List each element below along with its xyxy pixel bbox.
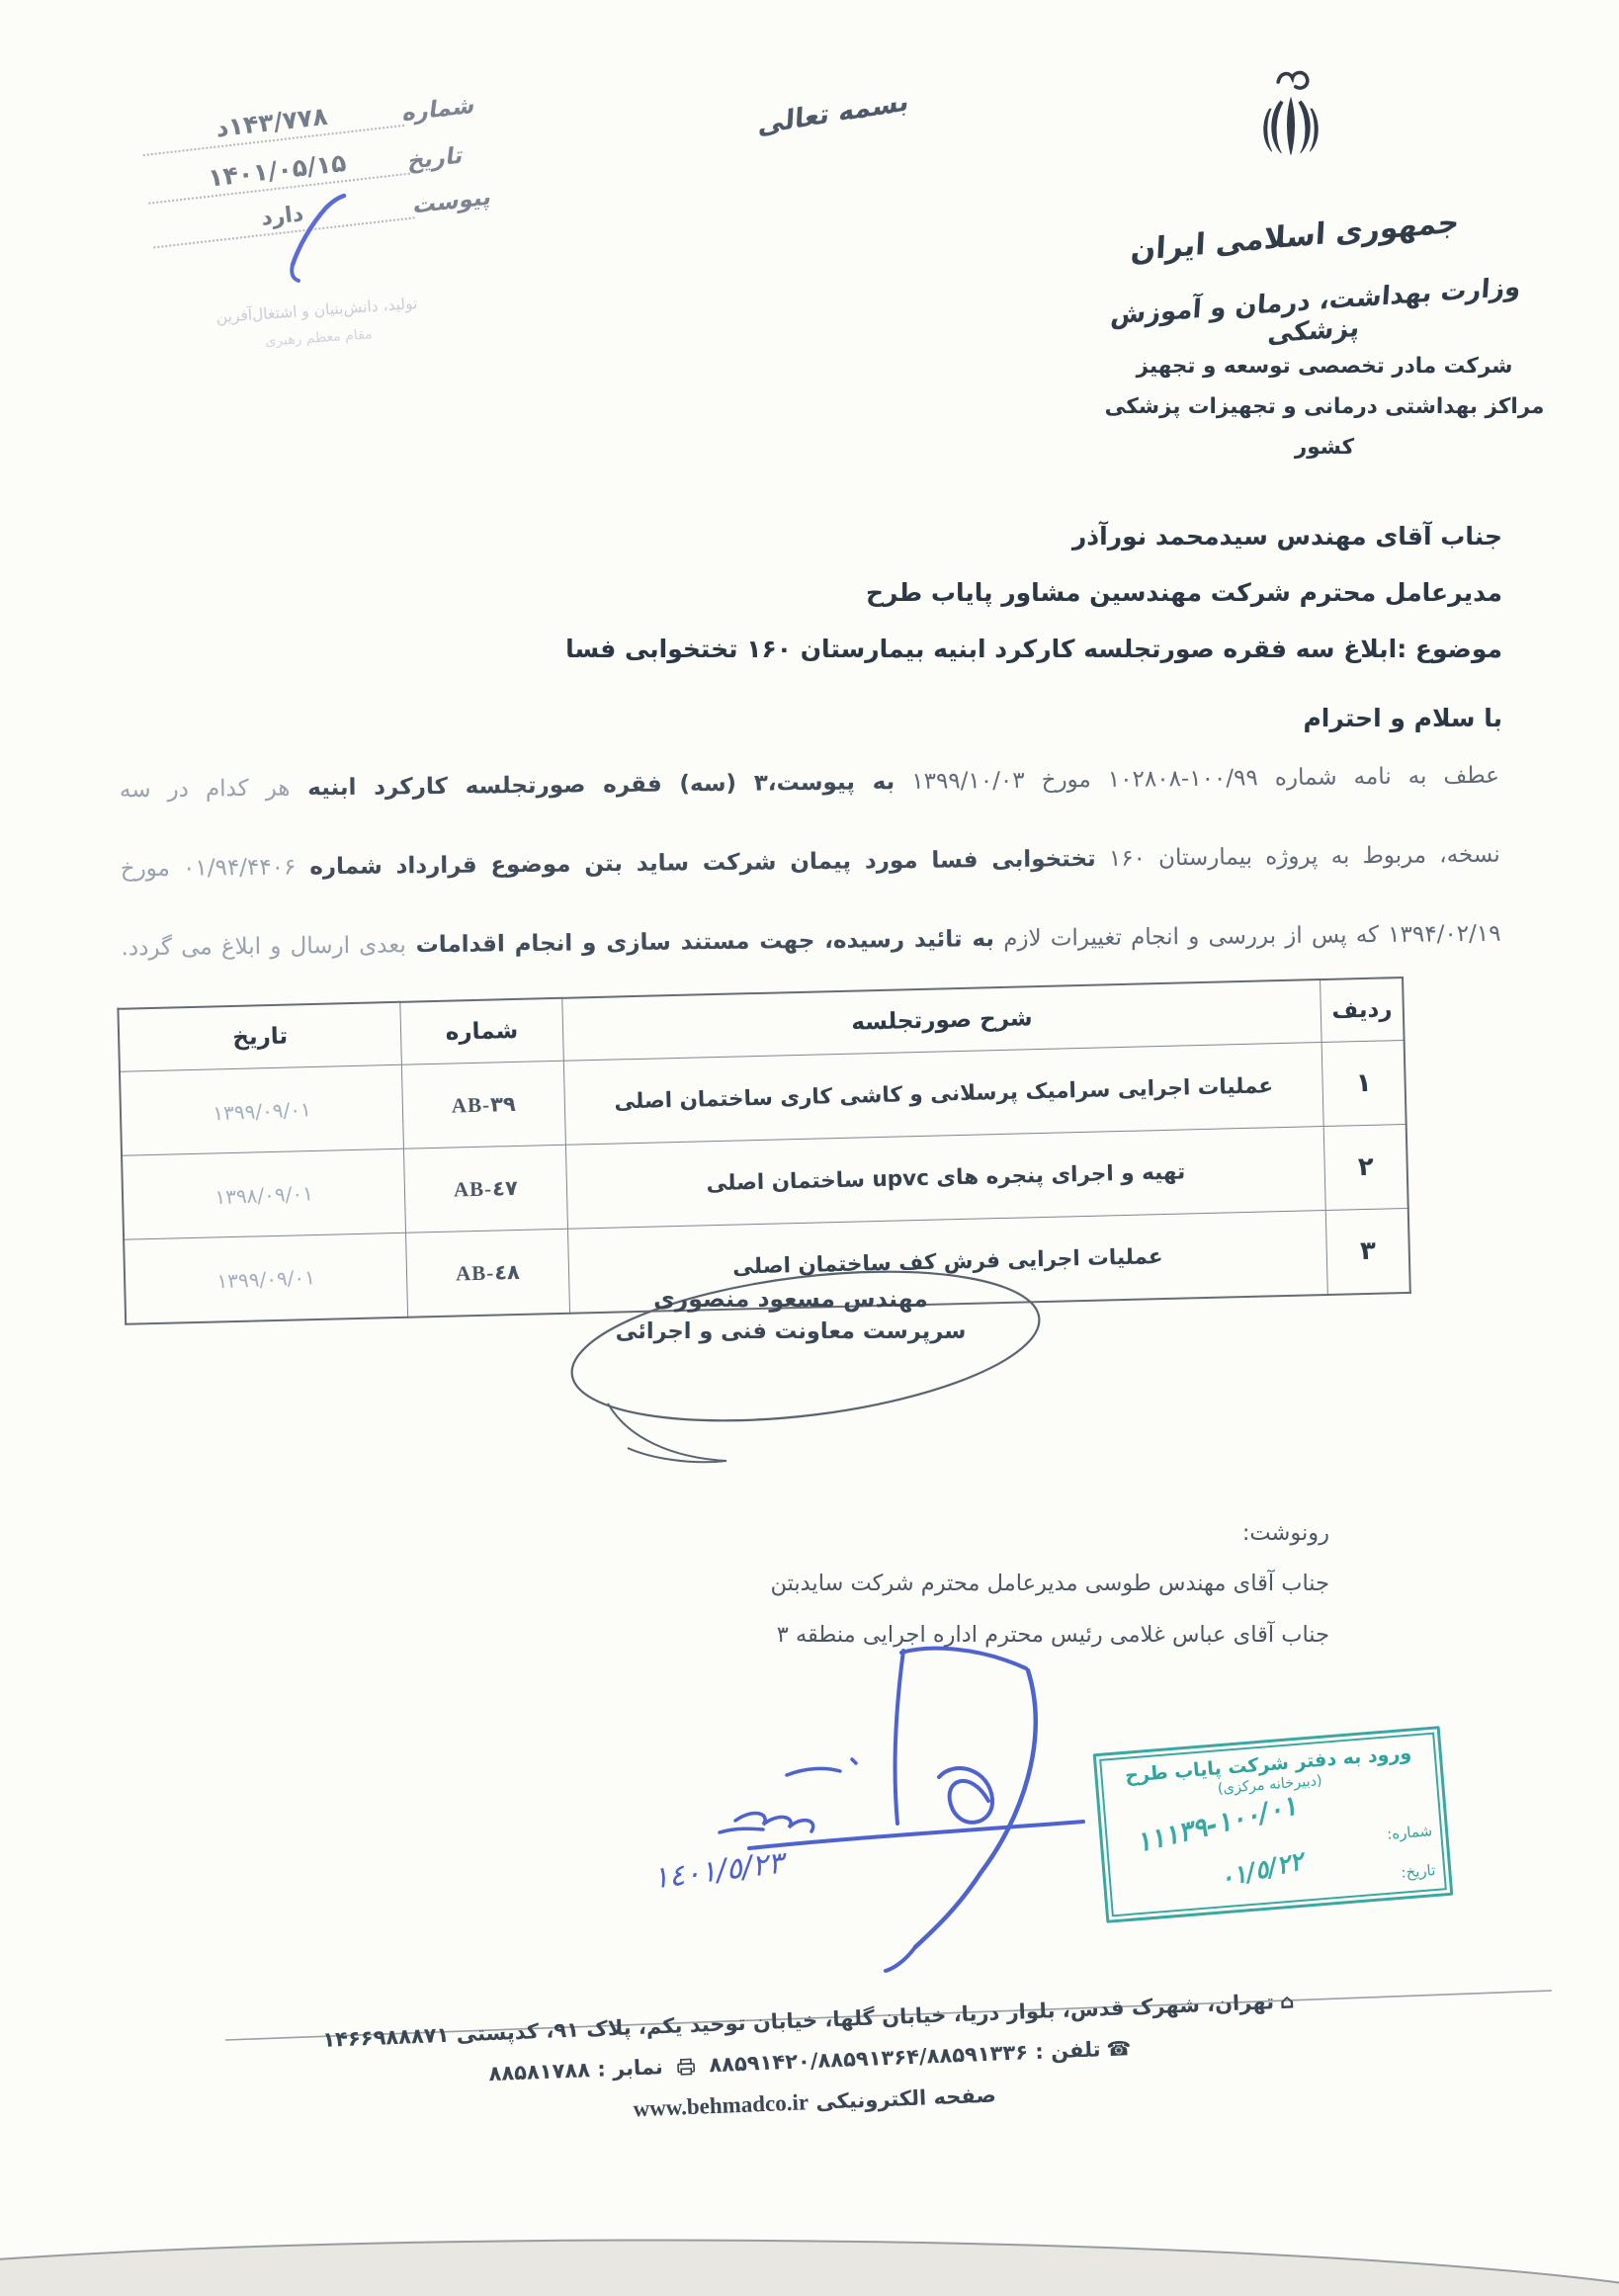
letterhead-country: جمهوری اسلامی ایران [1127,205,1464,269]
salutation: با سلام و احترام [1303,704,1502,732]
footer-website-url: www.behmadco.ir [633,2089,809,2121]
entry-stamp: ورود به دفتر شرکت پایاب طرح (دبیرخانه مر… [1093,1726,1454,1923]
handwritten-signature-scribble [692,1621,1107,1977]
recipient-name: جناب آقای مهندس سیدمحمد نورآذر [1072,522,1502,551]
iran-emblem-icon [1243,65,1338,194]
body-line1-seg-a: عطف به نامه شماره ۱۰۰/۹۹-۱۰۲۸۰۸ مورخ ۱۳۹… [895,763,1499,795]
page-edge-curve [0,2226,1619,2296]
header-row-number: ردیف [1321,978,1405,1043]
row1-date: ۱۳۹۹/۰۹/۰۱ [119,1063,404,1158]
body-line3-seg-c: بعدی ارسال و ابلاغ می گردد. [121,932,405,961]
ref-date-label: تاریخ [406,139,492,175]
body-line1-seg-b: به پیوست،۳ (سه) فقره صورتجلسه کارکرد ابن… [290,769,895,801]
signer-title: سرپرست معاونت فنی و اجرائی [558,1318,1023,1344]
entry-stamp-date-value: ٠١/٥/٢٢ [1217,1846,1306,1893]
body-line-1: عطف به نامه شماره ۱۰۰/۹۹-۱۰۲۸۰۸ مورخ ۱۳۹… [120,762,1499,805]
row1-number: ۱ [1321,1041,1406,1127]
body-line3-seg-a: ۱۳۹۴/۰۲/۱۹ که پس از بررسی و انجام تغییرا… [994,920,1501,951]
recipient-title: مدیرعامل محترم شرکت مهندسین مشاور پایاب … [866,578,1502,607]
footer-phone-label: تلفن : [1028,2037,1101,2064]
phone-icon: ☎ [1106,2036,1132,2061]
row1-minute-number: AB-۳۹ [401,1061,565,1148]
footer-phone-numbers: ۸۸۵۹۱۴۲۰/۸۸۵۹۱۳۶۴/۸۸۵۹۱۳۳۶ [709,2040,1029,2077]
footer-fax-label: نمابر : [590,2055,664,2082]
letter-subject: موضوع :ابلاغ سه فقره صورتجلسه کارکرد ابن… [565,635,1502,663]
row2-number: ۲ [1323,1124,1407,1210]
row2-minute-number: AB-٤٧ [404,1145,568,1233]
body-line-2: نسخه، مربوط به پروژه بیمارستان ۱۶۰ تختخو… [121,840,1500,883]
ref-number-label: شماره [401,91,487,127]
ref-attachment-label: پیوست [412,184,498,219]
entry-stamp-date-label: تاریخ: [1401,1861,1436,1882]
entry-stamp-number-label: شماره: [1386,1822,1432,1843]
entry-stamp-outer-border: ورود به دفتر شرکت پایاب طرح (دبیرخانه مر… [1093,1726,1454,1923]
footer-fax-number: ۸۸۵۸۱۷۸۸ [488,2058,590,2085]
body-line1-seg-c: هر کدام در سه [120,776,291,804]
body-line2-seg-a: نسخه، مربوط به پروژه بیمارستان ۱۶۰ [1096,841,1500,871]
address-icon: ⌂ [1280,1989,1295,2013]
letterhead-company-line2: مراکز بهداشتی درمانی و تجهیزات پزشکی کشو… [1087,386,1562,468]
body-line3-seg-b: به تائید رسیده، جهت مستند سازی و انجام ا… [406,926,994,958]
footer-website-label: صفحه الکترونیکی [815,2083,996,2114]
row3-number: ۳ [1326,1208,1410,1295]
fax-icon [676,2058,697,2077]
body-line2-seg-b: تختخوابی فسا مورد پیمان شرکت ساید بتن مو… [296,846,1096,880]
year-slogan: تولید، دانش‌بنیان و اشتغال‌آفرین مقام مع… [160,286,474,363]
checkmark-icon [283,192,352,287]
row2-date: ۱۳۹۸/۰۹/۰۱ [121,1147,406,1242]
letter-body: عطف به نامه شماره ۱۰۰/۹۹-۱۰۲۸۰۸ مورخ ۱۳۹… [120,762,1501,1013]
scanned-letter-page: شماره ۱۴۳/۷۷۸د تاریخ ۱۴۰۱/۰۵/۱۵ پیوست دا… [0,0,1619,2296]
header-date: تاریخ [118,1002,401,1071]
letterhead-company: شرکت مادر تخصصی توسعه و تجهیز مراکز بهدا… [1087,346,1562,468]
body-line-3: ۱۳۹۴/۰۲/۱۹ که پس از بررسی و انجام تغییرا… [121,919,1500,962]
body-line2-seg-c: ۰۱/۹۴/۴۴۰۶ مورخ [121,854,297,882]
letterhead-company-line1: شرکت مادر تخصصی توسعه و تجهیز [1087,346,1562,386]
cc-label: رونوشت: [770,1520,1329,1546]
footer-postal-code: ۱۴۶۶۹۸۸۸۷۱ [322,2023,450,2052]
header-number: شماره [400,998,563,1064]
entry-stamp-inner: ورود به دفتر شرکت پایاب طرح (دبیرخانه مر… [1099,1733,1447,1917]
signer-block: مهندس مسعود منصوری سرپرست معاونت فنی و ا… [558,1285,1023,1344]
cc-item-1: جناب آقای مهندس طوسی مدیرعامل محترم شرکت… [770,1558,1329,1609]
signer-name: مهندس مسعود منصوری [558,1285,1023,1313]
row3-date: ۱۳۹۹/۰۹/۰۱ [123,1231,408,1326]
bismillah-calligraphy: بسمه تعالی [757,83,925,140]
